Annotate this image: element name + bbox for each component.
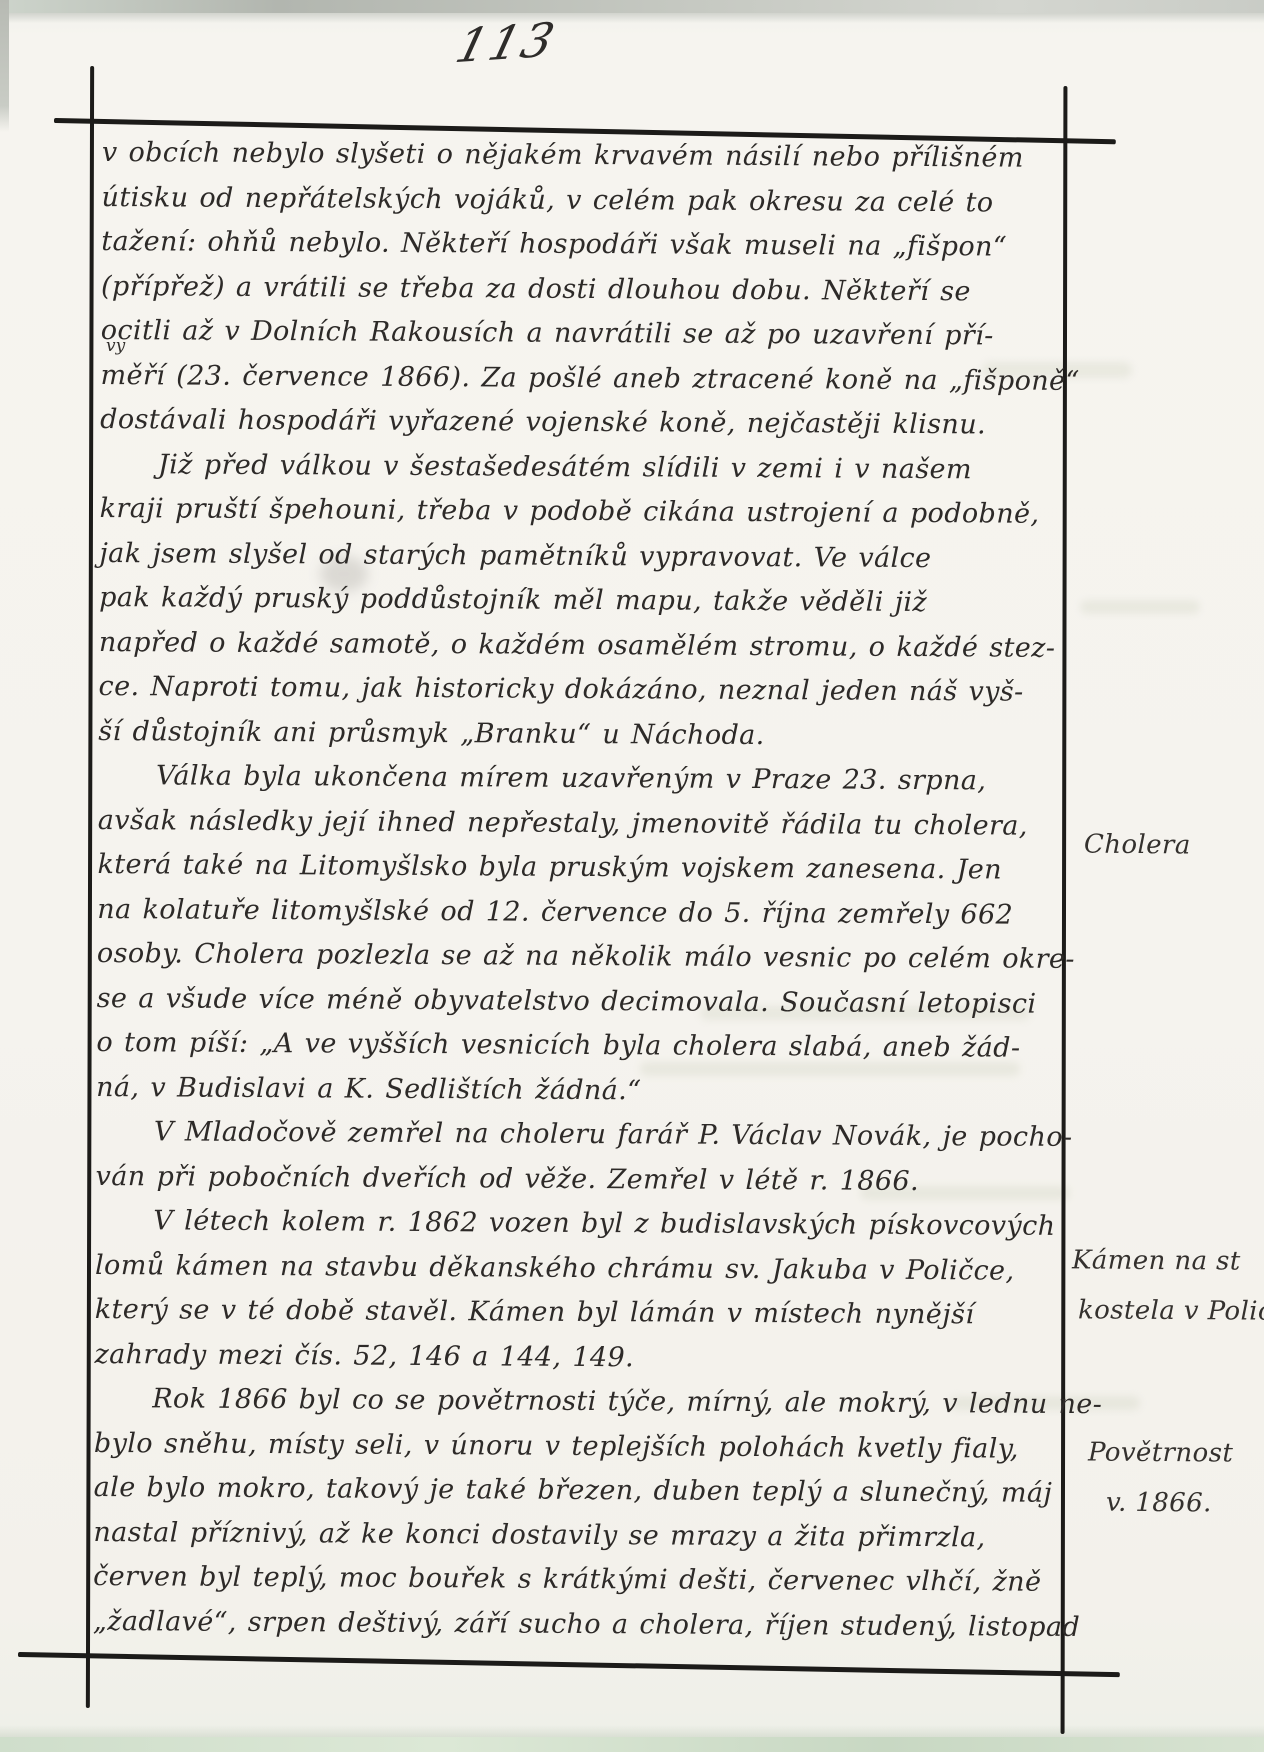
manuscript-line: Válka byla ukončena mírem uzavřeným v Pr… — [98, 754, 1056, 804]
manuscript-line: tažení: ohňů nebylo. Někteří hospodáři v… — [101, 220, 1059, 270]
manuscript-line: červen byl teplý, moc bouřek s krátkými … — [93, 1555, 1051, 1605]
manuscript-line: ná, v Budislavi a K. Sedlištích žádná.“ — [96, 1065, 1054, 1115]
margin-note-stone-line1: Kámen na st — [1072, 1245, 1241, 1276]
manuscript-line: ocitli až v Dolních Rakousích a navrátil… — [101, 309, 1059, 359]
scanner-edge-bottom — [0, 1737, 1264, 1752]
manuscript-line: který se v té době stavěl. Kámen byl lám… — [95, 1288, 1053, 1338]
manuscript-line: ván při pobočních dveřích od věže. Zemře… — [95, 1154, 1053, 1204]
manuscript-line: Již před válkou v šestašedesátém slídili… — [100, 442, 1058, 492]
manuscript-line: pak každý pruský poddůstojník měl mapu, … — [99, 576, 1057, 626]
scanner-edge-top-shadow — [0, 13, 1264, 23]
bottom-rule-line — [18, 1652, 1120, 1677]
manuscript-line: ale bylo mokro, takový je také březen, d… — [94, 1466, 1052, 1516]
manuscript-line: V létech kolem r. 1862 vozen byl z budis… — [95, 1199, 1053, 1249]
scanner-edge-left — [0, 0, 9, 132]
manuscript-line: Rok 1866 byl co se povětrnosti týče, mír… — [94, 1377, 1052, 1427]
manuscript-line: jak jsem slyšel od starých pamětníků vyp… — [99, 531, 1057, 581]
interline-correction: vy — [106, 336, 125, 356]
scanner-edge-bottom-shadow — [0, 1725, 1264, 1737]
manuscript-line: nastal příznivý, až ke konci dostavily s… — [93, 1510, 1051, 1560]
manuscript-line: lomů kámen na stavbu děkanského chrámu s… — [95, 1243, 1053, 1293]
manuscript-line: která také na Litomyšlsko byla pruským v… — [97, 843, 1055, 893]
manuscript-line: (přípřež) a vrátili se třeba za dosti dl… — [101, 264, 1059, 314]
manuscript-line: osoby. Cholera pozlezla se až na několik… — [97, 932, 1055, 982]
manuscript-line: se a všude více méně obyvatelstvo decimo… — [97, 976, 1055, 1026]
manuscript-line: na kolatuře litomyšlské od 12. července … — [97, 887, 1055, 937]
manuscript-line: útisku od nepřátelských vojáků, v celém … — [101, 175, 1059, 225]
margin-note-weather-line2: v. 1866. — [1106, 1488, 1212, 1519]
manuscript-line: kraji pruští špehouni, třeba v podobě ci… — [100, 487, 1058, 537]
manuscript-line: o tom píší: „A ve vyšších vesnicích byla… — [96, 1021, 1054, 1071]
manuscript-line: v obcích nebylo slyšeti o nějakém krvavé… — [102, 131, 1060, 181]
manuscript-line: napřed o každé samotě, o každém osamělém… — [99, 620, 1057, 670]
manuscript-line: V Mladočově zemřel na choleru farář P. V… — [96, 1110, 1054, 1160]
page-number: 113 — [450, 13, 562, 75]
manuscript-line: ce. Naproti tomu, jak historicky dokázán… — [98, 665, 1056, 715]
right-rule-line — [1061, 86, 1068, 1734]
manuscript-text: v obcích nebylo slyšeti o nějakém krvavé… — [93, 131, 1060, 1650]
manuscript-line: bylo sněhu, místy seli, v únoru v teplej… — [94, 1421, 1052, 1471]
manuscript-line: měří (23. července 1866). Za pošlé aneb … — [100, 353, 1058, 403]
ink-bleed-mark — [1080, 600, 1200, 614]
scanner-edge-top — [0, 0, 1264, 13]
manuscript-line: avšak následky její ihned nepřestaly, jm… — [98, 798, 1056, 848]
margin-note-weather-line1: Povětrnost — [1088, 1437, 1233, 1468]
manuscript-line: ší důstojník ani průsmyk „Branku“ u Nách… — [98, 709, 1056, 759]
margin-note-cholera: Cholera — [1084, 830, 1191, 861]
manuscript-line: „žadlavé“, srpen deštivý, září sucho a c… — [93, 1599, 1051, 1649]
margin-note-stone-line2: kostela v Polic — [1078, 1295, 1264, 1326]
manuscript-line: zahrady mezi čís. 52, 146 a 144, 149. — [94, 1332, 1052, 1382]
manuscript-line: dostávali hospodáři vyřazené vojenské ko… — [100, 398, 1058, 448]
scanned-manuscript-page: 113 v obcích nebylo slyšeti o nějakém kr… — [0, 0, 1264, 1752]
